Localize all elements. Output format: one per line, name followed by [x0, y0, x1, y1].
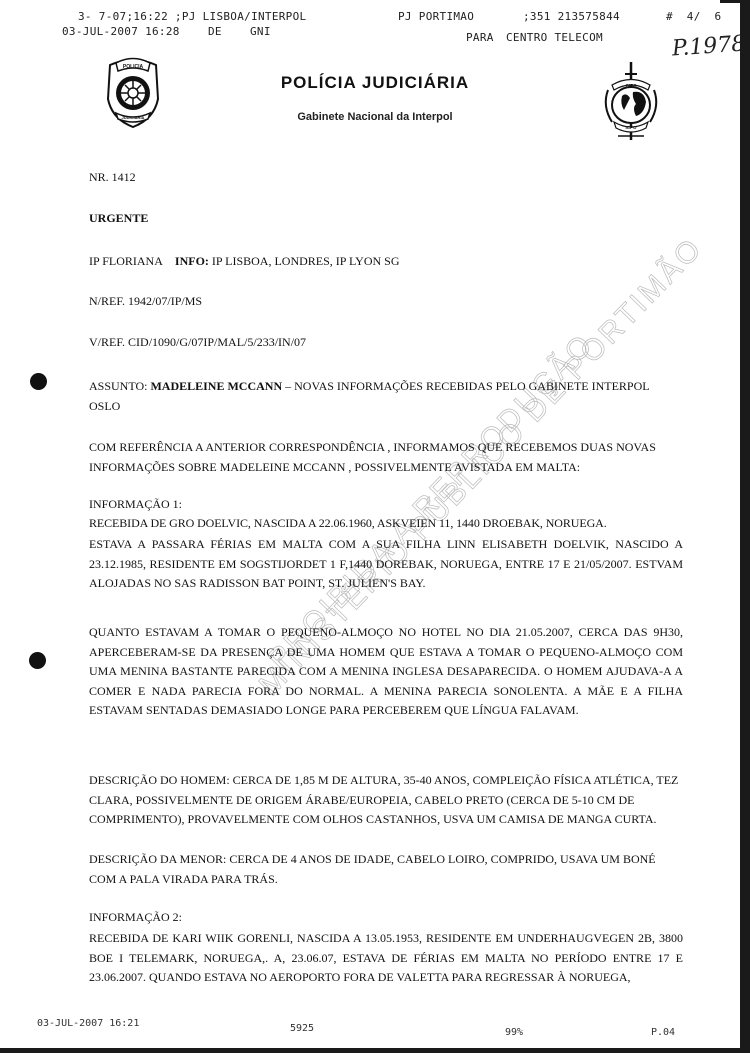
- handwritten-page-number: P.1978: [671, 31, 746, 61]
- man-description: DESCRIÇÃO DO HOMEM: CERCA DE 1,85 M DE A…: [89, 771, 683, 830]
- svg-text:ICPO: ICPO: [625, 125, 637, 130]
- punch-hole-bottom: [29, 652, 46, 669]
- interpol-emblem-icon: OIPC ICPO: [600, 60, 662, 147]
- svg-text:OIPC: OIPC: [625, 83, 637, 88]
- priority-label: URGENTE: [89, 211, 148, 226]
- fax-header-sender: 3- 7-07;16:22 ;PJ LISBOA/INTERPOL: [78, 10, 306, 23]
- info1-sighting-paragraph: QUANTO ESTAVAM A TOMAR O PEQUENO-ALMOÇO …: [89, 623, 683, 721]
- fax-header-page-count: # 4/ 6: [666, 10, 721, 23]
- our-reference: N/REF. 1942/07/IP/MS: [89, 294, 202, 309]
- fax-header-to: CENTRO TELECOM: [506, 31, 603, 44]
- document-number: NR. 1412: [89, 170, 136, 185]
- fax-header-phone: ;351 213575844: [523, 10, 620, 23]
- svg-text:POLICIA: POLICIA: [123, 64, 144, 70]
- fax-header-para: PARA: [466, 31, 494, 44]
- info-value: IP LISBOA, LONDRES, IP LYON SG: [212, 254, 400, 268]
- fax-header-recipient: PJ PORTIMAO: [398, 10, 474, 23]
- intro-paragraph: COM REFERÊNCIA A ANTERIOR CORRESPONDÊNCI…: [89, 438, 683, 477]
- fax-header-date: 03-JUL-2007 16:28: [62, 25, 180, 38]
- punch-hole-top: [30, 373, 47, 390]
- child-description: DESCRIÇÃO DA MENOR: CERCA DE 4 ANOS DE I…: [89, 850, 683, 889]
- fax-header-from: GNI: [250, 25, 271, 38]
- subject: ASSUNTO: MADELEINE MCCANN – NOVAS INFORM…: [89, 377, 683, 416]
- your-reference: V/REF. CID/1090/G/07IP/MAL/5/233/IN/07: [89, 335, 306, 350]
- info1-heading: INFORMAÇÃO 1:: [89, 497, 182, 512]
- info1-source: RECEBIDA DE GRO DOELVIC, NASCIDA A 22.06…: [89, 516, 607, 531]
- fax-footer-datetime: 03-JUL-2007 16:21: [37, 1018, 139, 1029]
- fax-page: 3- 7-07;16:22 ;PJ LISBOA/INTERPOL PJ POR…: [0, 0, 750, 1053]
- subject-label: ASSUNTO:: [89, 379, 147, 393]
- scan-edge-right: [740, 0, 750, 1053]
- fax-header-de: DE: [208, 25, 222, 38]
- to-label: IP FLORIANA: [89, 254, 163, 268]
- scan-edge-top: [720, 0, 750, 3]
- info2-heading: INFORMAÇÃO 2:: [89, 910, 182, 925]
- fax-footer-quality: 99%: [505, 1027, 523, 1038]
- fax-footer-code: 5925: [290, 1023, 314, 1034]
- info-label: INFO:: [175, 254, 209, 268]
- subject-name: MADELEINE MCCANN: [150, 379, 282, 393]
- fax-footer-page: P.04: [651, 1027, 675, 1038]
- info1-paragraph: ESTAVA A PASSARA FÉRIAS EM MALTA COM A S…: [89, 535, 683, 594]
- recipients-line: IP FLORIANA INFO: IP LISBOA, LONDRES, IP…: [89, 254, 400, 269]
- info2-paragraph: RECEBIDA DE KARI WIIK GORENLI, NASCIDA A…: [89, 929, 683, 988]
- scan-edge-bottom: [0, 1048, 750, 1053]
